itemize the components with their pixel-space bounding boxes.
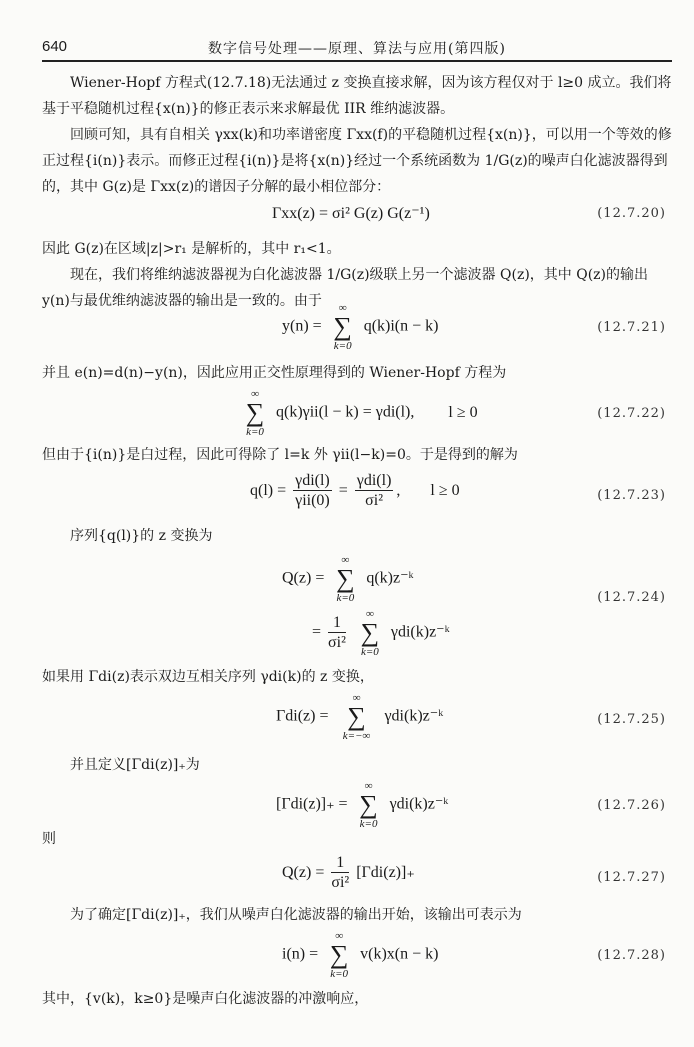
eq-lhs: Γdi(z) = [276,708,328,725]
eq-lhs: q(l) = [250,482,286,499]
paragraph: 回顾可知，具有自相关 γxx(k)和功率谱密度 Γxx(f)的平稳随机过程{x(… [42,122,674,200]
page-header: 640 数字信号处理——原理、算法与应用(第四版) [42,38,672,60]
paragraph: Wiener-Hopf 方程式(12.7.18)无法通过 z 变换直接求解，因为… [42,70,674,122]
equation-12-7-24a: Q(z) = ∞∑k=0 q(k)z⁻ᵏ [0,552,694,608]
eq-rhs: v(k)x(n − k) [360,946,438,963]
equation-number: (12.7.26) [597,798,666,813]
eq-rhs: q(k)z⁻ᵏ [366,570,413,587]
equation-number: (12.7.23) [597,488,666,503]
paragraph: 其中，{v(k)，k≥0}是噪声白化滤波器的冲激响应， [42,986,674,1012]
equation-body: q(l) = γdi(l)γii(0) = γdi(l)σi², l ≥ 0 [250,472,460,511]
eq-lhs: i(n) = [282,946,318,963]
equation-number: (12.7.27) [597,870,666,885]
paragraph: 但由于{i(n)}是白过程，因此可得除了 l=k 外 γii(l−k)=0。于是… [42,442,674,468]
fraction: γdi(l)σi² [355,472,394,511]
equation-body: i(n) = ∞∑k=0 v(k)x(n − k) [282,930,438,980]
equation-number: (12.7.22) [597,406,666,421]
eq-lhs: = [312,624,321,641]
eq-rhs: γdi(k)z⁻ᵏ [384,708,443,725]
equation-12-7-24b: = 1σi² ∞∑k=0 γdi(k)z⁻ᵏ (12.7.24) [0,606,694,662]
summation-symbol: ∞∑k=0 [324,930,354,980]
paragraph: 因此 G(z)在区域|z|>r₁ 是解析的，其中 r₁<1。 [42,236,674,262]
equation-body: [Γdi(z)]₊ = ∞∑k=0 γdi(k)z⁻ᵏ [276,780,448,830]
equation-12-7-27: Q(z) = 1σi² [Γdi(z)]₊ (12.7.27) [0,852,694,902]
summation-symbol: ∞∑k=0 [355,608,385,658]
eq-lhs: Q(z) = [282,864,324,881]
paragraph: 如果用 Γdi(z)表示双边互相关序列 γdi(k)的 z 变换， [42,664,674,690]
eq-rhs: q(k)i(n − k) [364,318,439,335]
paragraph: 序列{q(l)}的 z 变换为 [42,523,674,549]
paragraph: 并且 e(n)=d(n)−y(n)，因此应用正交性原理得到的 Wiener-Ho… [42,360,674,386]
equation-12-7-22: ∞∑k=0 q(k)γii(l − k) = γdi(l), l ≥ 0 (12… [0,386,694,442]
paragraph: 则 [42,826,674,852]
equation-number: (12.7.25) [597,712,666,727]
eq-lhs: Q(z) = [282,570,324,587]
equation-12-7-25: Γdi(z) = ∞∑k=−∞ γdi(k)z⁻ᵏ (12.7.25) [0,690,694,748]
summation-symbol: ∞∑k=0 [330,554,360,604]
fraction: γdi(l)γii(0) [293,472,332,511]
eq-rhs: q(k)γii(l − k) = γdi(l), [276,404,414,421]
equation-body: y(n) = ∞∑k=0 q(k)i(n − k) [282,302,438,352]
summation-symbol: ∞∑k=0 [328,302,358,352]
equation-12-7-28: i(n) = ∞∑k=0 v(k)x(n − k) (12.7.28) [0,928,694,984]
eq-rhs: γdi(k)z⁻ᵏ [390,796,449,813]
equation-12-7-21: y(n) = ∞∑k=0 q(k)i(n − k) (12.7.21) [0,300,694,356]
fraction: 1σi² [331,854,349,893]
equation-number: (12.7.28) [597,948,666,963]
eq-rhs: [Γdi(z)]₊ [356,864,415,881]
paragraph: 并且定义[Γdi(z)]₊为 [42,752,674,778]
eq-rhs: γdi(k)z⁻ᵏ [391,624,450,641]
equation-body: = 1σi² ∞∑k=0 γdi(k)z⁻ᵏ [312,608,450,658]
summation-symbol: ∞∑k=−∞ [334,692,378,742]
running-title: 数字信号处理——原理、算法与应用(第四版) [42,38,672,58]
eq-condition: l ≥ 0 [430,482,459,499]
summation-symbol: ∞∑k=0 [240,388,270,438]
equation-body: Q(z) = 1σi² [Γdi(z)]₊ [282,854,415,893]
eq-lhs: [Γdi(z)]₊ = [276,796,348,813]
eq-condition: l ≥ 0 [448,404,477,421]
equation-number: (12.7.21) [597,320,666,335]
equation-number: (12.7.20) [597,206,666,221]
equation-12-7-20: Γxx(z) = σi² G(z) G(z⁻¹) (12.7.20) [0,195,694,235]
header-rule [42,60,672,62]
equation-body: Γdi(z) = ∞∑k=−∞ γdi(k)z⁻ᵏ [276,692,443,742]
paragraph: 为了确定[Γdi(z)]₊，我们从噪声白化滤波器的输出开始，该输出可表示为 [42,902,674,928]
equation-body: ∞∑k=0 q(k)γii(l − k) = γdi(l), l ≥ 0 [238,388,478,438]
fraction: 1σi² [328,614,346,653]
summation-symbol: ∞∑k=0 [354,780,384,830]
equation-body: Γxx(z) = σi² G(z) G(z⁻¹) [272,203,430,223]
equation-number: (12.7.24) [597,590,666,605]
eq-lhs: y(n) = [282,318,322,335]
equation-12-7-23: q(l) = γdi(l)γii(0) = γdi(l)σi², l ≥ 0 (… [0,470,694,520]
equation-body: Q(z) = ∞∑k=0 q(k)z⁻ᵏ [282,554,414,604]
